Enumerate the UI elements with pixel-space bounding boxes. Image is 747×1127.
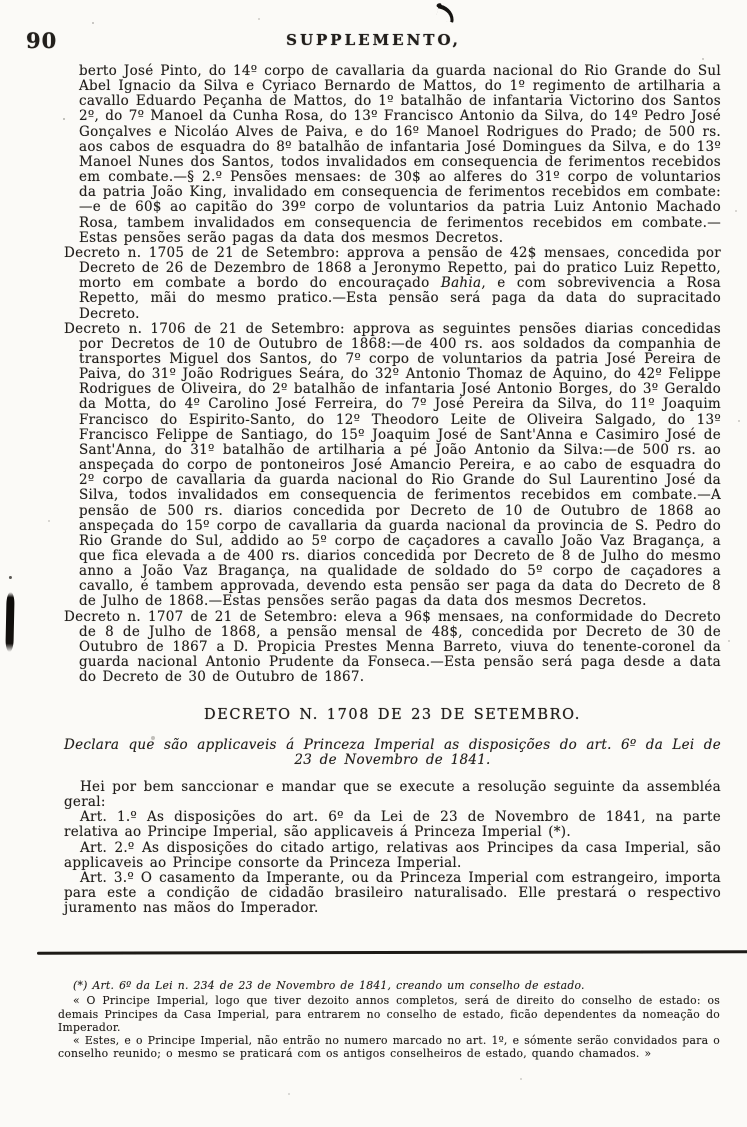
ship-name-italic: Bahia bbox=[441, 275, 481, 291]
continuation-paragraph: berto José Pinto, do 14º corpo de cavall… bbox=[64, 64, 721, 246]
footnote-block: (*) Art. 6º da Lei n. 234 de 23 de Novem… bbox=[58, 979, 720, 1061]
decree-1708-heading: DECRETO N. 1708 DE 23 DE SETEMBRO. bbox=[64, 708, 721, 723]
scanned-document-page: 90 SUPPLEMENTO, berto José Pinto, do 14º… bbox=[0, 0, 747, 1127]
footnote-reference: (*) Art. 6º da Lei n. 234 de 23 de Novem… bbox=[58, 979, 720, 992]
decree-1705-paragraph: Decreto n. 1705 de 21 de Setembro: appro… bbox=[64, 246, 721, 322]
decree-1708-article-1: Art. 1.º As disposições do art. 6º da Le… bbox=[64, 810, 721, 840]
footnote-note-1: « O Principe Imperial, logo que tiver de… bbox=[58, 994, 720, 1034]
footnote-divider-rule bbox=[37, 950, 747, 954]
ink-curl-mark bbox=[436, 4, 457, 22]
decree-1708-article-2: Art. 2.º As disposições do citado artigo… bbox=[64, 841, 721, 871]
decree-1706-paragraph: Decreto n. 1706 de 21 de Setembro: appro… bbox=[64, 322, 721, 610]
decree-1708-articles: Hei por bem sanccionar e mandar que se e… bbox=[64, 780, 721, 916]
page-header-title: SUPPLEMENTO, bbox=[0, 31, 747, 49]
footnote-note-2: « Estes, e o Principe Imperial, não entr… bbox=[58, 1034, 720, 1061]
ink-smudge-left-edge bbox=[5, 592, 14, 652]
decree-1708-article-3: Art. 3.º O casamento da Imperante, ou da… bbox=[64, 871, 721, 916]
scan-speck-texture bbox=[0, 0, 2, 2]
decree-1708-preamble: Hei por bem sanccionar e mandar que se e… bbox=[64, 780, 721, 810]
main-text-column: berto José Pinto, do 14º corpo de cavall… bbox=[64, 64, 721, 916]
decree-1708-subtitle: Declara que são applicaveis á Princeza I… bbox=[64, 738, 721, 768]
decree-1707-paragraph: Decreto n. 1707 de 21 de Setembro: eleva… bbox=[64, 610, 721, 686]
